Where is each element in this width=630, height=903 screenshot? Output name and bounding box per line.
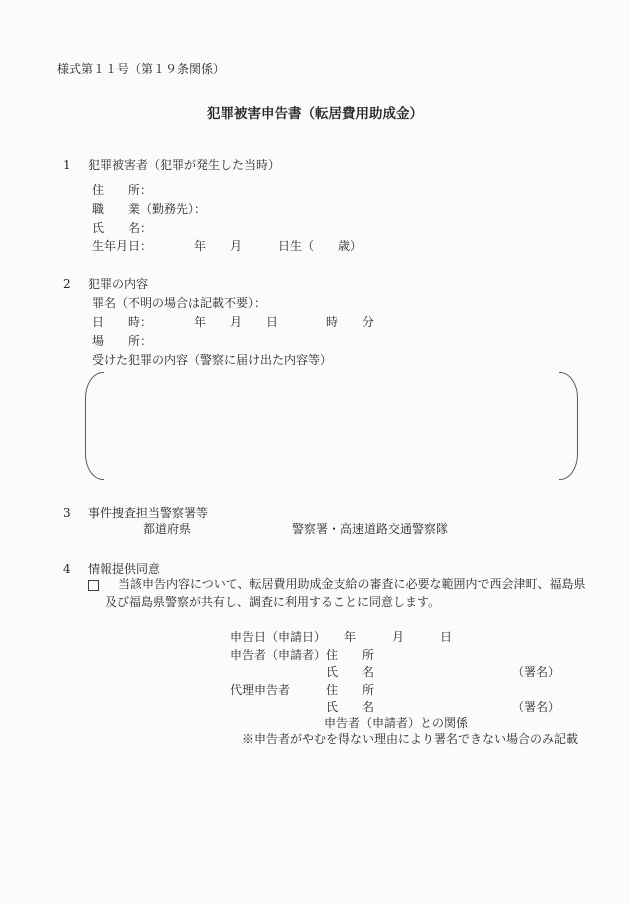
signature-note: ※申告者がやむを得ない理由により署名できない場合のみ記載: [242, 732, 578, 747]
crime-details-area: [104, 373, 559, 477]
section-2-number: 2: [63, 277, 88, 292]
crime-details-label: 受けた犯罪の内容（警察に届け出た内容等）: [92, 353, 332, 368]
left-bracket: [85, 372, 104, 480]
section-1-number: 1: [63, 158, 88, 173]
applicant-signature-label: （署名）: [512, 665, 560, 680]
form-number: 様式第１１号（第１９条関係）: [57, 62, 225, 77]
proxy-name-line: 氏 名: [326, 700, 374, 715]
applicant-name-line: 氏 名: [326, 665, 374, 680]
proxy-signature-label: （署名）: [512, 700, 560, 715]
section-1-title: 犯罪被害者（犯罪が発生した当時）: [88, 158, 280, 172]
victim-birthdate-label: 生年月日： 年 月 日生（ 歳）: [92, 239, 362, 254]
victim-occupation-label: 職 業（勤務先）：: [92, 202, 206, 217]
proxy-address-line: 代理申告者 住 所: [230, 683, 374, 698]
crime-place-label: 場 所：: [92, 334, 152, 349]
police-station-line: 都道府県警察署・高速道路交通警察隊: [143, 522, 448, 537]
section-1-heading: 1犯罪被害者（犯罪が発生した当時）: [63, 158, 280, 173]
relation-line: 申告者（申請者）との関係: [324, 716, 468, 731]
victim-address-label: 住 所：: [92, 183, 152, 198]
crime-name-label: 罪名（不明の場合は記載不要）：: [92, 296, 266, 311]
section-3-heading: 3事件捜査担当警察署等: [63, 506, 208, 521]
report-date-line: 申告日（申請日） 年 月 日: [230, 630, 452, 645]
prefecture-label: 都道府県: [143, 522, 191, 536]
document-page: 様式第１１号（第１９条関係） 犯罪被害申告書（転居費用助成金） 1犯罪被害者（犯…: [0, 0, 630, 903]
consent-checkbox[interactable]: [88, 580, 99, 591]
section-3-number: 3: [63, 506, 88, 521]
section-4-title: 情報提供同意: [88, 562, 160, 576]
applicant-address-line: 申告者（申請者）住 所: [230, 648, 374, 663]
section-4-number: 4: [63, 562, 88, 577]
right-bracket: [559, 372, 578, 480]
consent-text-line1: 当該申告内容について、転居費用助成金支給の審査に必要な範囲内で西会津町、福島県: [118, 577, 586, 592]
police-station-label: 警察署・高速道路交通警察隊: [292, 522, 448, 536]
consent-text-line2: 及び福島県警察が共有し、調査に利用することに同意します。: [105, 595, 440, 610]
section-4-heading: 4情報提供同意: [63, 562, 160, 577]
section-3-title: 事件捜査担当警察署等: [88, 506, 208, 520]
section-2-title: 犯罪の内容: [88, 277, 148, 291]
victim-name-label: 氏 名：: [92, 221, 152, 236]
crime-datetime-label: 日 時： 年 月 日 時 分: [92, 315, 374, 330]
section-2-heading: 2犯罪の内容: [63, 277, 148, 292]
document-title: 犯罪被害申告書（転居費用助成金）: [0, 106, 630, 122]
